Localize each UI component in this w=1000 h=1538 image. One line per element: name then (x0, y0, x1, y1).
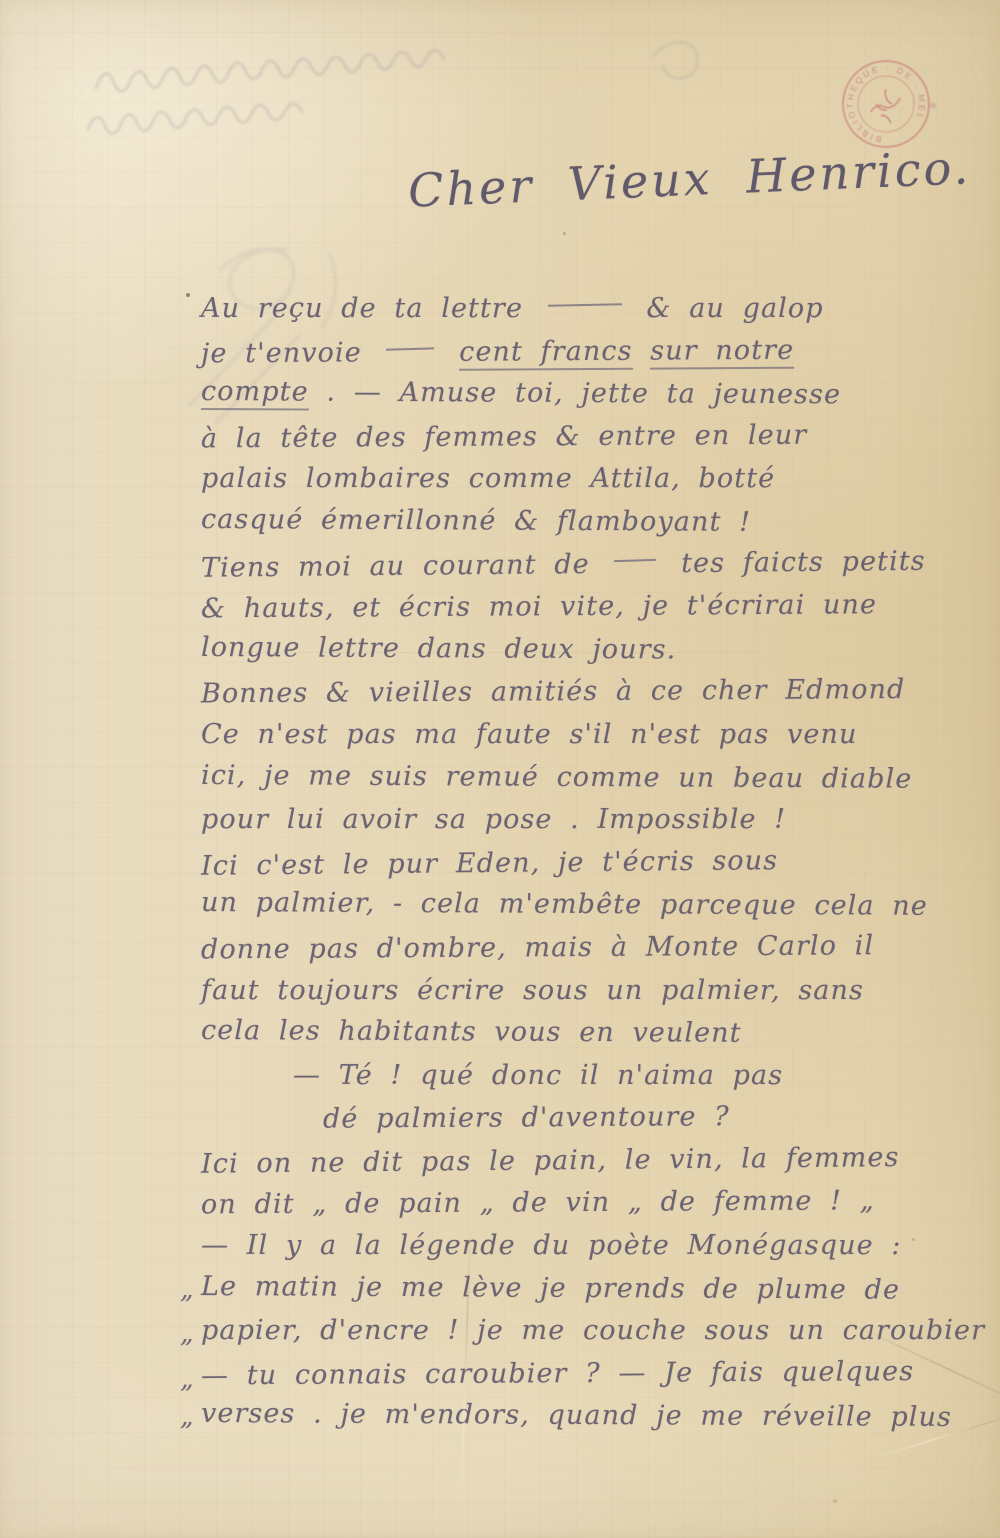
letter-line: à la tête des femmes & entre en leur (201, 413, 974, 460)
handwritten-text: Tiens moi au courant de (201, 548, 608, 583)
handwritten-text: & hauts, et écris moi vite, je t'écrirai… (201, 589, 877, 624)
letter-line: „— tu connais caroubier ? — Je fais quel… (201, 1350, 974, 1397)
letter-line: donne pas d'ombre, mais à Monte Carlo il (201, 925, 974, 972)
handwritten-text: à la tête des femmes & entre en leur (201, 419, 807, 454)
stamp-inner-ring (855, 73, 917, 135)
letter-line: „papier, d'encre ! je me couche sous un … (201, 1310, 974, 1353)
letter-line: un palmier, - cela m'embête parceque cel… (201, 882, 974, 929)
pen-stroke (386, 347, 434, 350)
handwritten-text: Ce n'est pas ma faute s'il n'est pas ven… (201, 719, 857, 750)
handwritten-text: pour lui avoir sa pose . Impossible ! (201, 804, 786, 835)
letter-line: casqué émerillonné & flamboyant ! (201, 499, 974, 546)
letter-line: cela les habitants vous en veulent (201, 1010, 974, 1057)
letter-line: on dit „ de pain „ de vin „ de femme ! „ (201, 1180, 974, 1227)
handwritten-text: Au reçu de ta lettre (201, 293, 541, 324)
handwritten-text: Le matin je me lève je prends de plume d… (201, 1271, 900, 1306)
handwritten-text: — Té ! qué donc il n'aima pas (293, 1060, 783, 1091)
letter-line: pour lui avoir sa pose . Impossible ! (201, 799, 974, 842)
quote-mark: „ (180, 1269, 195, 1312)
handwritten-text: — Il y a la légende du poète Monégasque … (201, 1230, 902, 1261)
letter-line: faut toujours écrire sous un palmier, sa… (201, 970, 974, 1013)
handwritten-text: casqué émerillonné & flamboyant ! (201, 504, 751, 538)
handwritten-text: dé palmiers d'aventoure ? (323, 1101, 730, 1134)
letter-page: BIBLIOTHEQUE · DE · MEL Cher Vieux Henri… (0, 0, 1000, 1538)
letter-line: & hauts, et écris moi vite, je t'écrirai… (201, 584, 974, 631)
letter-line: „Le matin je me lève je prends de plume … (201, 1266, 974, 1313)
letter-line: longue lettre dans deux jours. (201, 627, 974, 674)
letter-line: ici, je me suis remué comme un beau diab… (201, 755, 974, 802)
letter-line: je t'envoie cent francs sur notre (201, 328, 974, 375)
handwritten-text: — tu connais caroubier ? — Je fais quelq… (201, 1356, 914, 1391)
letter-line: Au reçu de ta lettre & au galop (201, 288, 974, 331)
paper-speck (563, 232, 566, 235)
handwritten-text: cela les habitants vous en veulent (201, 1015, 742, 1049)
letter-line: dé palmiers d'aventoure ? (201, 1095, 974, 1142)
handwritten-text: Ici on ne dit pas le pain, le vin, la fe… (201, 1142, 900, 1180)
handwritten-text: & au galop (629, 293, 824, 324)
underlined-text: compte (201, 376, 309, 411)
handwritten-text: un palmier, - cela m'embête parceque cel… (201, 887, 928, 922)
letter-body: Au reçu de ta lettre & au galopje t'envo… (201, 288, 974, 1438)
letter-line: palais lombaires comme Attila, botté (201, 458, 974, 501)
underlined-text: cent francs (459, 335, 633, 370)
letter-line: „verses . je m'endors, quand je me révei… (201, 1393, 974, 1440)
handwritten-text: faut toujours écrire sous un palmier, sa… (201, 975, 864, 1006)
pen-stroke (548, 303, 622, 307)
stamp-smudge (930, 103, 936, 108)
handwritten-text: Bonnes & vieilles amitiés à ce cher Edmo… (201, 674, 906, 709)
handwritten-text (441, 336, 459, 367)
letter-line: — Té ! qué donc il n'aima pas (201, 1055, 974, 1098)
letter-line: Ici on ne dit pas le pain, le vin, la fe… (201, 1136, 974, 1186)
ink-speck (186, 293, 190, 297)
quote-mark: „ (180, 1358, 195, 1401)
handwritten-text: palais lombaires comme Attila, botté (201, 463, 775, 494)
handwritten-text: . — Amuse toi, jette ta jeunesse (309, 377, 842, 411)
stamp-emblem (870, 88, 901, 123)
letter-line: Bonnes & vieilles amitiés à ce cher Edmo… (201, 669, 974, 716)
letter-line: Ici c'est le pur Eden, je t'écris sous (201, 838, 974, 888)
handwritten-text: je t'envoie (201, 337, 380, 369)
show-through-writing (68, 26, 778, 156)
paper-speck (833, 1499, 837, 1503)
handwritten-text: donne pas d'ombre, mais à Monte Carlo il (201, 930, 874, 965)
handwritten-text: ici, je me suis remué comme un beau diab… (201, 760, 913, 795)
letter-line: — Il y a la légende du poète Monégasque … (201, 1225, 974, 1268)
handwritten-text (632, 335, 650, 366)
letter-line: Ce n'est pas ma faute s'il n'est pas ven… (201, 714, 974, 757)
letter-line: Tiens moi au courant de tes faicts petit… (201, 540, 974, 590)
handwritten-text: on dit „ de pain „ de vin „ de femme ! „ (201, 1186, 875, 1221)
quote-mark: „ (180, 1396, 195, 1439)
letter-line: compte . — Amuse toi, jette ta jeunesse (201, 371, 974, 418)
handwritten-text: longue lettre dans deux jours. (201, 632, 676, 665)
handwritten-text: Ici c'est le pur Eden, je t'écris sous (201, 845, 778, 882)
handwritten-text: verses . je m'endors, quand je me réveil… (201, 1398, 952, 1433)
pen-stroke (614, 558, 656, 561)
stamp-ring-text: BIBLIOTHEQUE · DE · MEL (840, 58, 932, 150)
handwritten-text: tes faicts petits (663, 545, 926, 579)
paper-speck (912, 1238, 915, 1241)
underlined-text: sur notre (650, 334, 794, 369)
quote-mark: „ (180, 1313, 195, 1356)
fold-crease (240, 652, 760, 653)
